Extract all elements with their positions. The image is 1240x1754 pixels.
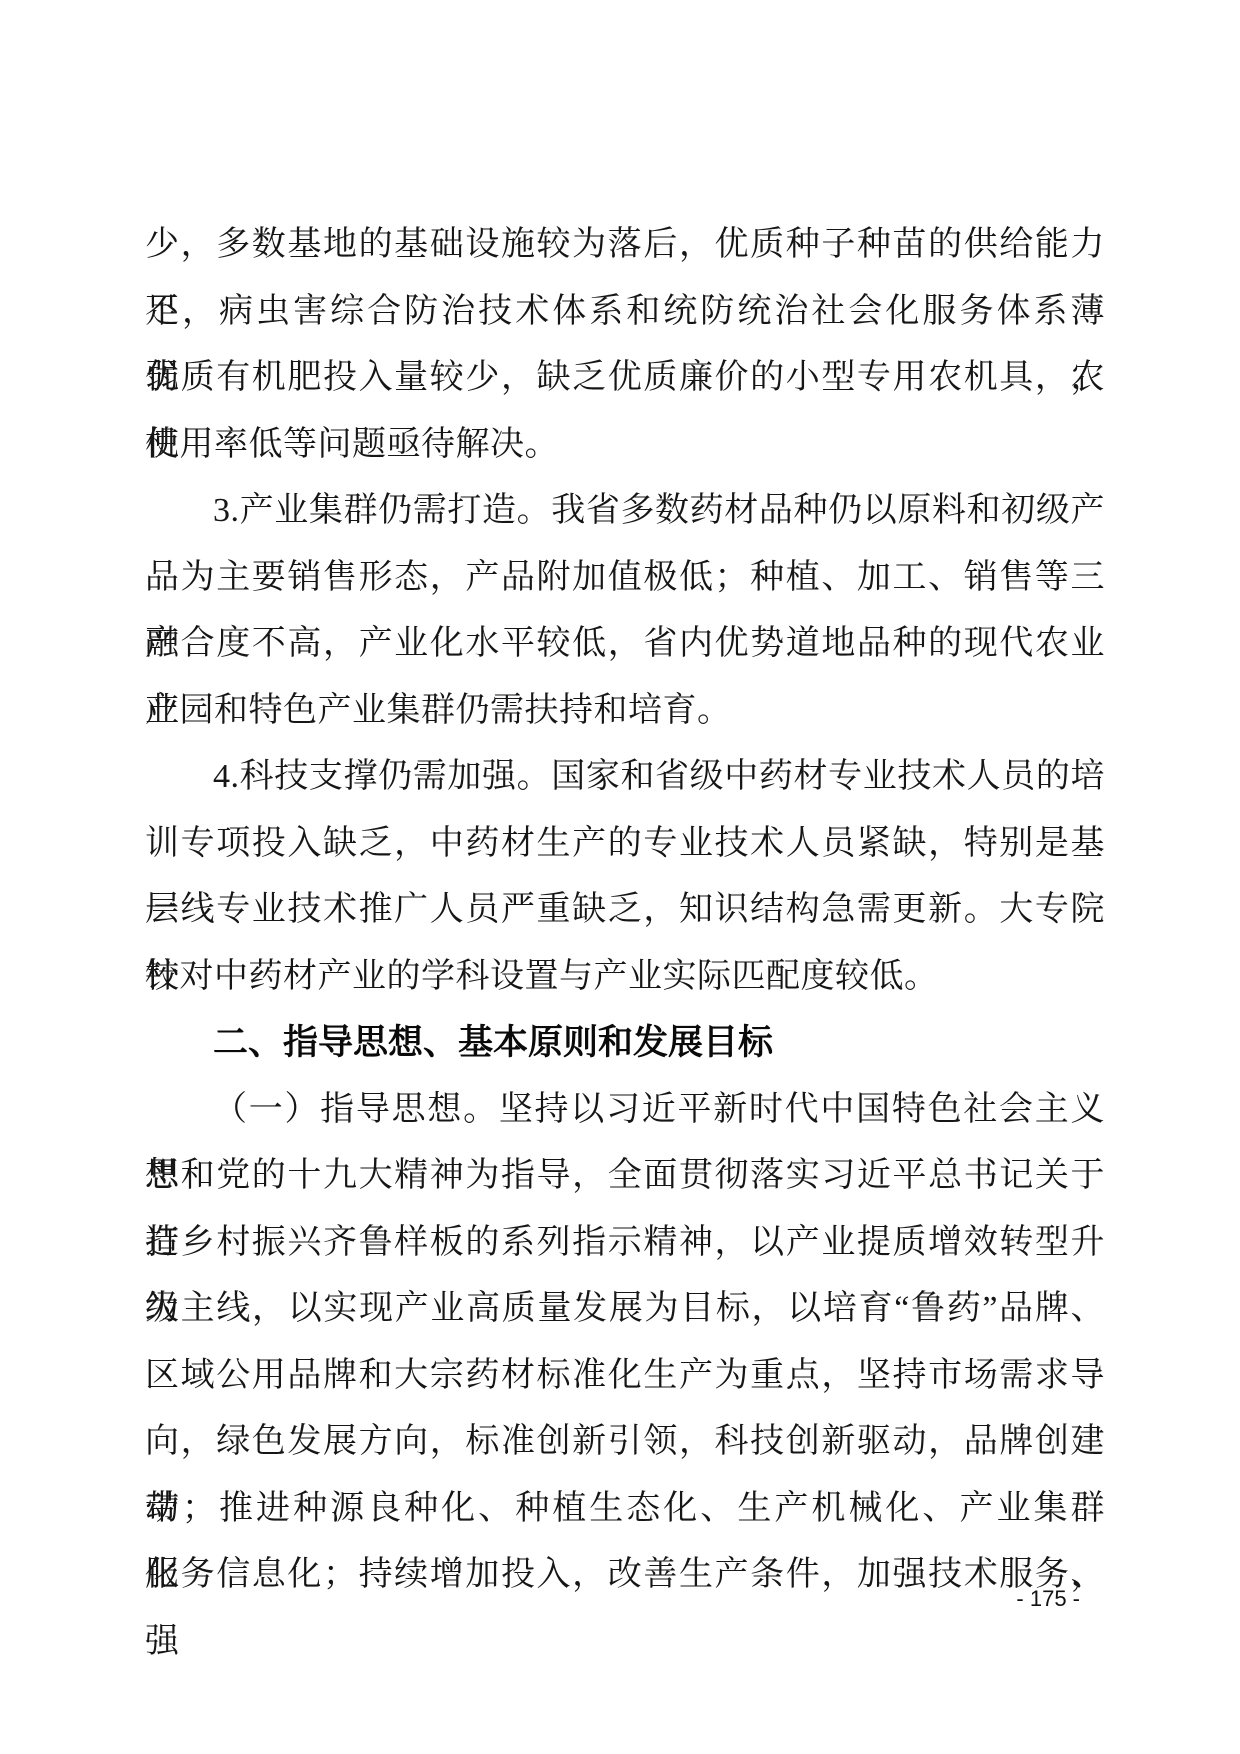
document-page: 少，多数基地的基础设施较为落后，优质种子种苗的供给能力不足，病虫害综合防治技术体… — [0, 0, 1240, 1754]
text-line: 动；推进种源良种化、种植生态化、生产机械化、产业集群化、 — [145, 1476, 1105, 1543]
text-line: 向，绿色发展方向，标准创新引领，科技创新驱动，品牌创建带 — [145, 1409, 1105, 1476]
text-line: 为主线，以实现产业高质量发展为目标，以培育“鲁药”品牌、 — [145, 1276, 1105, 1343]
text-line: 少，多数基地的基础设施较为落后，优质种子种苗的供给能力不 — [145, 212, 1105, 279]
page-number: - 175 - — [1016, 1586, 1080, 1612]
text-line: 造乡村振兴齐鲁样板的系列指示精神，以产业提质增效转型升级 — [145, 1210, 1105, 1277]
text-line: 一线专业技术推广人员严重缺乏，知识结构急需更新。大专院校 — [145, 877, 1105, 944]
document-body: 少，多数基地的基础设施较为落后，优质种子种苗的供给能力不足，病虫害综合防治技术体… — [145, 212, 1105, 1609]
text-line: 使用率低等问题亟待解决。 — [145, 412, 1105, 479]
text-line: 足，病虫害综合防治技术体系和统防统治社会化服务体系薄弱， — [145, 279, 1105, 346]
text-line: 优质有机肥投入量较少，缺乏优质廉价的小型专用农机具，农机 — [145, 345, 1105, 412]
text-line: 训专项投入缺乏，中药材生产的专业技术人员紧缺，特别是基层 — [145, 811, 1105, 878]
section-heading: 二、指导思想、基本原则和发展目标 — [145, 1010, 1105, 1077]
text-line: 4.科技支撑仍需加强。国家和省级中药材专业技术人员的培 — [145, 744, 1105, 811]
text-line: （一）指导思想。坚持以习近平新时代中国特色社会主义思 — [145, 1077, 1105, 1144]
text-line: 区域公用品牌和大宗药材标准化生产为重点，坚持市场需求导 — [145, 1343, 1105, 1410]
text-line: 融合度不高，产业化水平较低，省内优势道地品种的现代农业产 — [145, 611, 1105, 678]
text-line: 3.产业集群仍需打造。我省多数药材品种仍以原料和初级产 — [145, 478, 1105, 545]
paragraph-guiding-ideology: （一）指导思想。坚持以习近平新时代中国特色社会主义思想和党的十九大精神为指导，全… — [145, 1077, 1105, 1609]
text-line: 针对中药材产业的学科设置与产业实际匹配度较低。 — [145, 944, 1105, 1011]
paragraph-industry-cluster-issues: 3.产业集群仍需打造。我省多数药材品种仍以原料和初级产品为主要销售形态，产品附加… — [145, 478, 1105, 744]
paragraph-base-infrastructure-issues: 少，多数基地的基础设施较为落后，优质种子种苗的供给能力不足，病虫害综合防治技术体… — [145, 212, 1105, 478]
text-line: 品为主要销售形态，产品附加值极低；种植、加工、销售等三产 — [145, 545, 1105, 612]
text-line: 想和党的十九大精神为指导，全面贯彻落实习近平总书记关于打 — [145, 1143, 1105, 1210]
paragraph-science-tech-support-issues: 4.科技支撑仍需加强。国家和省级中药材专业技术人员的培训专项投入缺乏，中药材生产… — [145, 744, 1105, 1010]
text-line: 业园和特色产业集群仍需扶持和培育。 — [145, 678, 1105, 745]
text-line: 服务信息化；持续增加投入，改善生产条件，加强技术服务，强 — [145, 1542, 1105, 1609]
